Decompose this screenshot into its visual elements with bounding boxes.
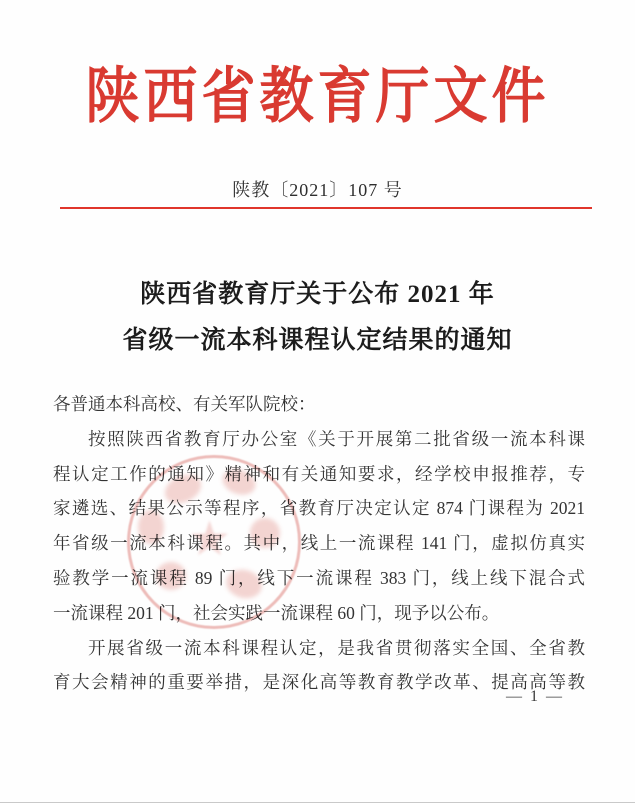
document-title: 陕西省教育厅关于公布 2021 年 省级一流本科课程认定结果的通知: [0, 272, 635, 364]
body-line: 家遴选、结果公示等程序，省教育厅决定认定 874 门课程为 2021: [53, 491, 585, 526]
body-line: 育大会精神的重要举措，是深化高等教育教学改革、提高高等教: [53, 665, 585, 700]
red-divider-rule: [60, 207, 592, 209]
body-line: 验教学一流课程 89 门，线下一流课程 383 门，线上线下混合式: [53, 561, 585, 596]
body-line: 程认定工作的通知》精神和有关通知要求，经学校申报推荐，专: [53, 457, 585, 492]
body-line: 开展省级一流本科课程认定，是我省贯彻落实全国、全省教: [53, 631, 585, 666]
letterhead-title: 陕西省教育厅文件: [0, 48, 635, 134]
document-body: 各普通本科高校、有关军队院校： 按照陕西省教育厅办公室《关于开展第二批省级一流本…: [53, 387, 585, 700]
body-line: 按照陕西省教育厅办公室《关于开展第二批省级一流本科课: [53, 422, 585, 457]
document-number: 陕教〔2021〕107 号: [0, 176, 635, 202]
body-line: 年省级一流本科课程。其中，线上一流课程 141 门，虚拟仿真实: [53, 526, 585, 561]
salutation-line: 各普通本科高校、有关军队院校：: [53, 387, 585, 422]
body-lines: 按照陕西省教育厅办公室《关于开展第二批省级一流本科课程认定工作的通知》精神和有关…: [53, 422, 585, 700]
document-title-line2: 省级一流本科课程认定结果的通知: [0, 318, 635, 364]
document-title-line1: 陕西省教育厅关于公布 2021 年: [0, 272, 635, 318]
body-line: 一流课程 201 门，社会实践一流课程 60 门，现予以公布。: [53, 596, 585, 631]
document-page: 陕西省教育厅文件 陕教〔2021〕107 号 陕西省教育厅关于公布 2021 年…: [0, 0, 635, 803]
